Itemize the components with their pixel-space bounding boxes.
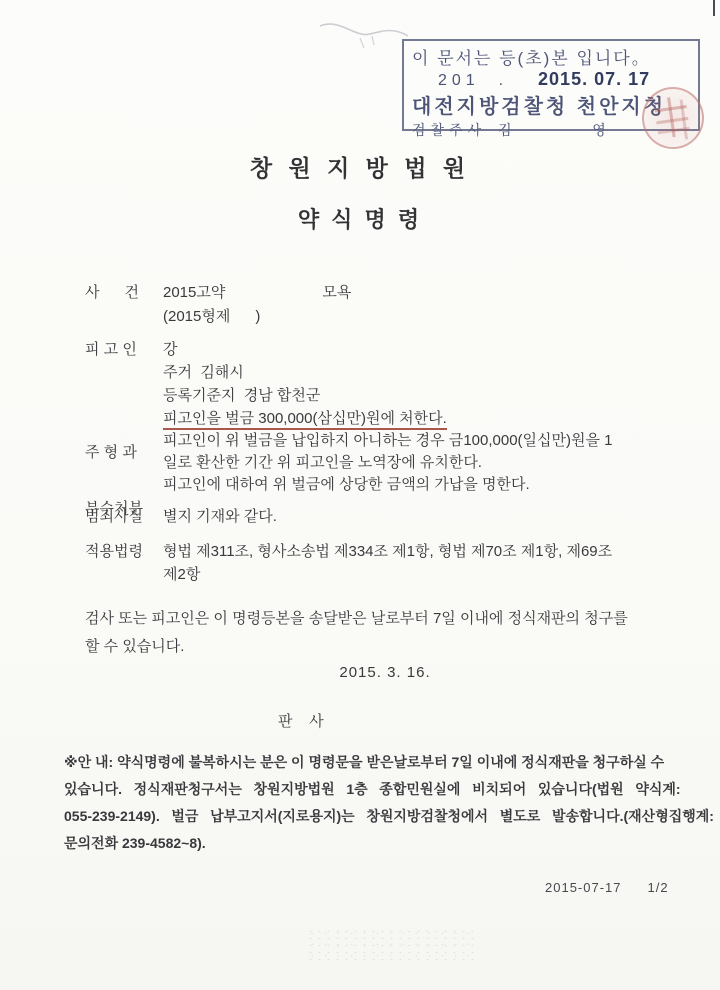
footnote-line2: 있습니다. 정식재판청구서는 창원지방법원 1층 종합민원실에 비치되어 있습니… (64, 776, 684, 803)
criminal-facts-text: 별지 기재와 같다. (163, 505, 277, 526)
sentence-line4: 피고인에 대하여 위 벌금에 상당한 금액의 가납을 명한다. (163, 474, 613, 496)
sentence-line3: 일로 환산한 기간 위 피고인을 노역장에 유치한다. (163, 452, 613, 474)
applicable-laws-text: 형법 제311조, 형사소송법 제334조 제1항, 형법 제70조 제1항, … (163, 540, 612, 586)
scanned-summary-order-page: 이 문서는 등(초)본 입니다。 201 . 2015. 07. 17 대전지방… (0, 0, 720, 990)
applicable-laws-row: 적용법령 형법 제311조, 형사소송법 제334조 제1항, 형법 제70조 … (85, 540, 612, 586)
scan-edge-artifact (713, 0, 715, 16)
faint-print-artifact (306, 928, 474, 966)
applicable-laws-line2: 제2항 (163, 563, 612, 586)
sentence-row: 주 형 과 부수처분 피고인을 벌금 300,000(삼십만)원에 처한다. 피… (85, 408, 613, 554)
print-date: 2015-07-17 (545, 880, 622, 895)
case-row: 사 건 2015고약 모욕 (85, 281, 351, 302)
defendant-details: 강 주거 김해시 등록기준지 경남 합천군 (163, 338, 320, 407)
notice-line1: 검사 또는 피고인은 이 명령등본을 송달받은 날로부터 7일 이내에 정식재판… (85, 605, 628, 633)
stamp-copy-statement: 이 문서는 등(초)본 입니다。 (412, 44, 692, 69)
judge-label: 판 사 (278, 710, 324, 731)
footnote-line1: ※안 내: 약식명령에 불복하시는 분은 이 명령문을 받은날로부터 7일 이내… (64, 749, 684, 776)
footnote-line3: 055-239-2149). 벌금 납부고지서(지로용지)는 창원지방검찰청에서… (64, 803, 684, 830)
court-name-title: 창 원 지 방 법 원 (0, 150, 720, 183)
sentence-text: 피고인을 벌금 300,000(삼십만)원에 처한다. 피고인이 위 벌금을 납… (163, 408, 613, 554)
case-offense: 모욕 (322, 281, 351, 302)
case-sub-number: (2015형제 ) (163, 305, 260, 326)
case-number: 2015고약 (163, 281, 225, 302)
stamp-date-value: 2015. 07. 17 (538, 69, 650, 90)
sentence-label: 주 형 과 부수처분 (85, 408, 163, 554)
sentence-label-line1: 주 형 과 (85, 442, 163, 464)
sentence-line2: 피고인이 위 벌금을 납입하지 아니하는 경우 금100,000(일십만)원을 … (163, 430, 613, 452)
defendant-registered-domicile: 등록기준지 경남 합천군 (163, 384, 320, 407)
defendant-residence: 주거 김해시 (163, 361, 320, 384)
applicable-laws-label: 적용법령 (85, 540, 163, 586)
case-label: 사 건 (85, 281, 163, 302)
page-indicator: 1/2 (648, 880, 669, 895)
stamp-date-prefix: 201 . (438, 72, 508, 90)
defendant-row: 피 고 인 강 주거 김해시 등록기준지 경남 합천군 (85, 338, 320, 407)
main-sentence-underlined: 피고인을 벌금 300,000(삼십만)원에 처한다. (163, 410, 447, 430)
decision-date: 2015. 3. 16. (0, 664, 720, 681)
applicable-laws-line1: 형법 제311조, 형사소송법 제334조 제1항, 형법 제70조 제1항, … (163, 540, 612, 563)
defendant-label: 피 고 인 (85, 338, 163, 407)
criminal-facts-label: 범죄사실 (85, 505, 163, 526)
document-title: 약 식 명 령 (0, 203, 720, 234)
formal-trial-notice: 검사 또는 피고인은 이 명령등본을 송달받은 날로부터 7일 이내에 정식재판… (85, 605, 628, 661)
stamp-clerk-name: 김 영 (498, 120, 619, 140)
guidance-footnote: ※안 내: 약식명령에 불복하시는 분은 이 명령문을 받은날로부터 7일 이내… (64, 749, 684, 857)
footnote-line4: 문의전화 239-4582~8). (64, 830, 684, 857)
print-footer: 2015-07-17 1/2 (545, 880, 669, 895)
stamp-clerk-title: 검찰주사 (412, 120, 486, 140)
criminal-facts-row: 범죄사실 별지 기재와 같다. (85, 505, 277, 526)
defendant-name: 강 (163, 338, 320, 361)
stamp-date-line: 201 . 2015. 07. 17 (412, 69, 692, 90)
notice-line2: 할 수 있습니다. (85, 633, 628, 661)
